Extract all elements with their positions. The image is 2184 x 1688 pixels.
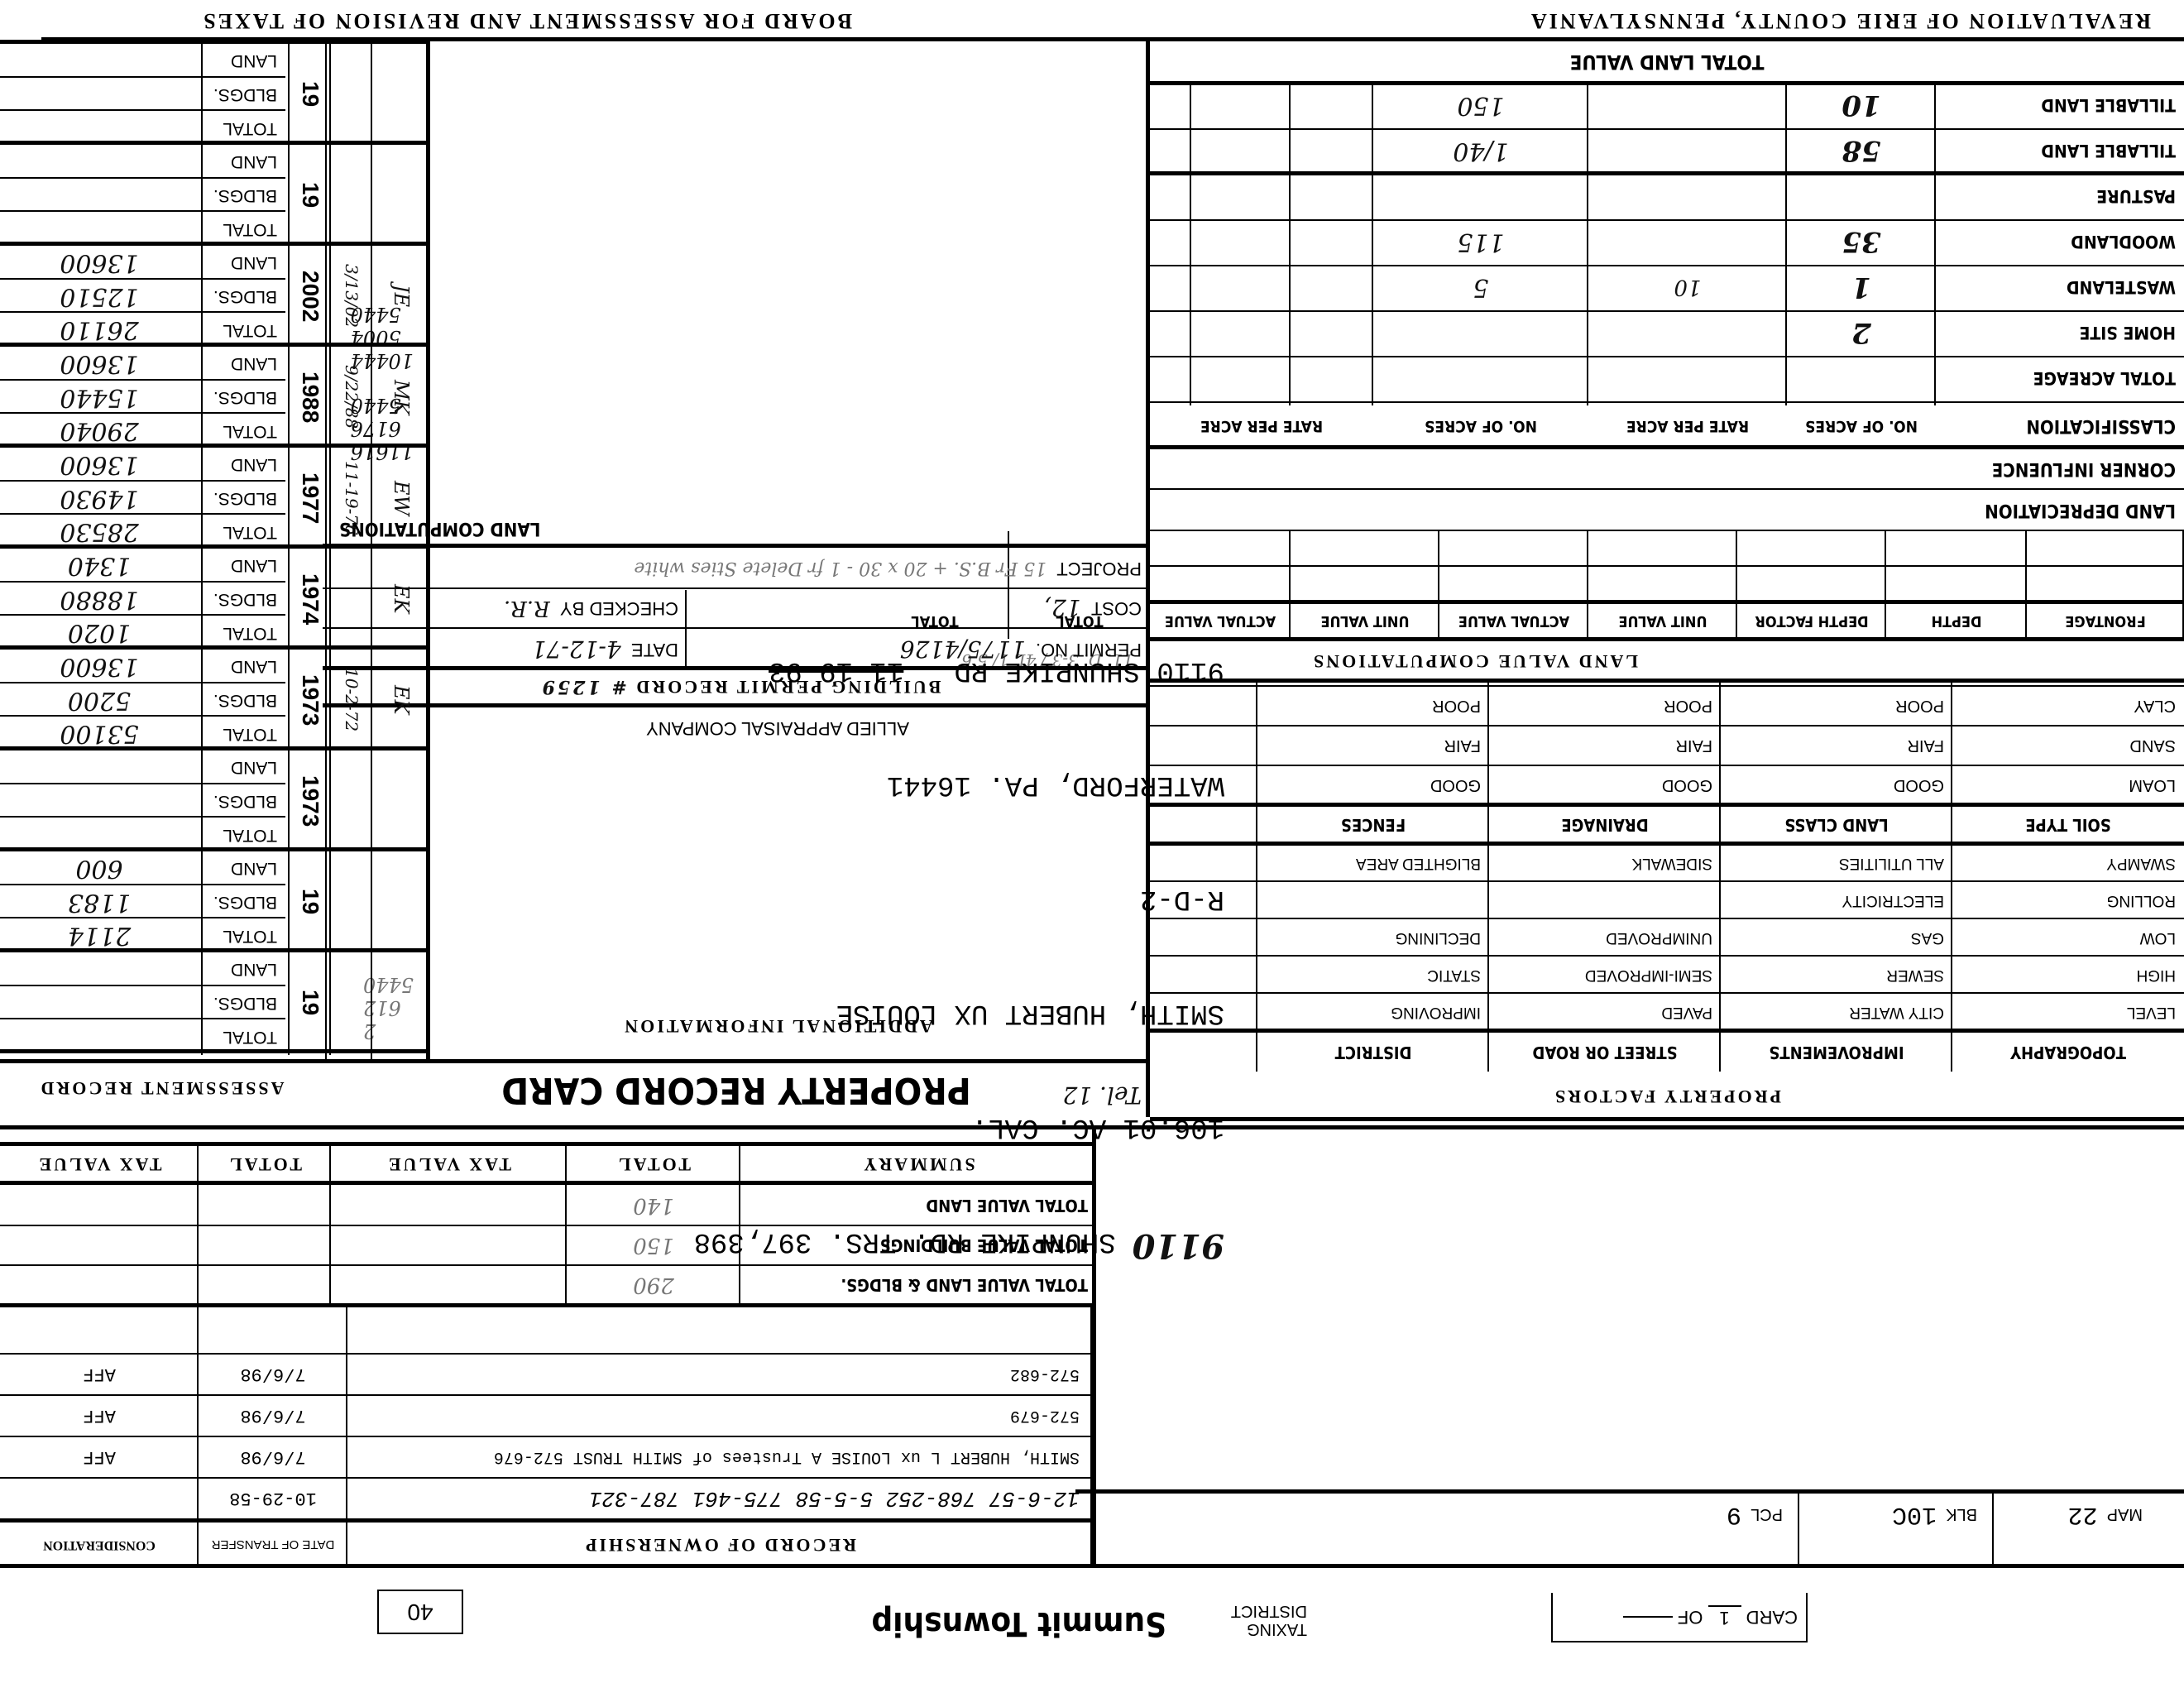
additional-information-title: ADDITIONAL INFORMATION xyxy=(488,1009,1067,1043)
land-row-acres: 2 xyxy=(1787,310,1936,356)
property-factor-cell[interactable]: HIGH xyxy=(1952,957,2184,993)
date-of-transfer-header: DATE OF TRANSFER xyxy=(199,1524,347,1566)
assessment-date: 11-19-76 xyxy=(331,448,372,549)
row-divider xyxy=(0,1353,1092,1355)
land-row-value: 115 xyxy=(1373,219,1588,265)
soil-cell[interactable]: CLAY xyxy=(1952,687,2184,725)
soil-cell[interactable]: POOR xyxy=(1324,687,1489,725)
assessment-date xyxy=(331,851,372,952)
column-divider xyxy=(346,1307,347,1568)
assessment-initials xyxy=(372,851,430,952)
assessment-land-label: LAND xyxy=(203,448,285,482)
row-divider xyxy=(0,917,285,918)
assessment-year: 1974 xyxy=(290,549,331,650)
summary-col-header: TOTAL xyxy=(567,1147,740,1182)
column-divider xyxy=(1092,1129,1096,1568)
assessment-total-label: TOTAL xyxy=(203,818,285,851)
land-row-acres: 10 xyxy=(1787,83,1936,128)
property-factor-cell[interactable]: BLIGHTED AREA xyxy=(1324,845,1489,881)
assessment-total-label: TOTAL xyxy=(203,212,285,246)
assessment-initials xyxy=(372,44,430,145)
property-factor-header: IMPROVEMENTS xyxy=(1721,1034,1952,1072)
summary-row-label: TOTAL VALUE LAND & BLDGS. xyxy=(740,1266,1096,1304)
assessment-year: 1977 xyxy=(290,448,331,549)
assessment-initials: EK xyxy=(372,549,430,650)
row-divider xyxy=(0,1303,1092,1307)
assessment-bldgs-label: BLDGS. xyxy=(203,583,285,616)
soil-cell[interactable]: FAIR xyxy=(1324,727,1489,765)
assessment-land-value xyxy=(0,750,199,784)
soil-cell[interactable]: POOR xyxy=(1787,687,1952,725)
summary-row-value: 140 xyxy=(567,1187,740,1225)
assessment-total-label: TOTAL xyxy=(203,313,285,347)
assessment-land-label: LAND xyxy=(203,650,285,683)
ownership-title: RECORD OF OWNERSHIP xyxy=(347,1524,1092,1566)
assessment-record-title: ASSESSMENT RECORD xyxy=(0,1067,323,1109)
house-number-handwritten: 9110 xyxy=(1133,1226,1224,1265)
row-divider xyxy=(0,379,285,381)
column-divider xyxy=(1487,844,1489,1072)
soil-cell[interactable]: GOOD xyxy=(1324,766,1489,804)
row-divider xyxy=(1150,171,2184,175)
assessment-total-label: TOTAL xyxy=(203,515,285,549)
assessment-bldgs-value: 12510 xyxy=(0,280,199,314)
property-factor-header: TOPOGRAPHY xyxy=(1952,1034,2184,1072)
assessment-bldgs-label: BLDGS. xyxy=(203,986,285,1020)
property-factor-cell[interactable] xyxy=(1324,882,1489,918)
assessment-year: 1973 xyxy=(290,650,331,750)
assessment-total-label: TOTAL xyxy=(203,717,285,750)
land-row-acres xyxy=(1787,174,1936,219)
land-row-rate xyxy=(1588,174,1787,219)
assessment-bldgs-value: 5200 xyxy=(0,683,199,717)
lvc-col-header: DEPTH FACTOR xyxy=(1737,604,1886,639)
lvc-col-header: DEPTH xyxy=(1886,604,2027,639)
assessment-bldgs-label: BLDGS. xyxy=(203,78,285,112)
assessment-bldgs-label: BLDGS. xyxy=(203,683,285,717)
assessment-land-label: LAND xyxy=(203,44,285,78)
assessment-bldgs-value: 14930 xyxy=(0,482,199,516)
ownership-row-consideration: AFF xyxy=(0,1437,199,1477)
summary-row-label: TOTAL VALUE BUILDINGS xyxy=(740,1226,1096,1264)
file-box-number: 40 xyxy=(377,1590,463,1634)
ownership-row-date: 10-29-58 xyxy=(199,1479,347,1518)
lvc-col-header: UNIT VALUE xyxy=(1291,604,1439,639)
assessment-initials: EK xyxy=(372,650,430,750)
column-divider xyxy=(1289,531,1291,639)
assessment-bldgs-label: BLDGS. xyxy=(203,885,285,919)
row-divider xyxy=(0,1436,1092,1437)
assessment-date xyxy=(331,750,372,851)
ownership-row-text: 12-6-57 768-252 5-5-58 775-461 787-321 xyxy=(352,1479,1088,1518)
row-divider xyxy=(0,109,285,111)
column-divider xyxy=(739,1146,740,1303)
assessment-year: 1988 xyxy=(290,347,331,448)
column-divider xyxy=(1785,83,1787,405)
property-factor-cell[interactable]: ALL UTILITIES xyxy=(1787,845,1952,881)
column-divider xyxy=(1372,83,1373,405)
soil-header: LAND CLASS xyxy=(1721,807,1952,844)
assessment-bldgs-label: BLDGS. xyxy=(203,784,285,818)
assessment-initials: EW xyxy=(372,448,430,549)
assessment-total-value: 2114 xyxy=(0,918,199,952)
ownership-row-text: SMITH, HUBERT L ux LOUISE A Trustees of … xyxy=(352,1437,1088,1477)
assessment-land-label: LAND xyxy=(203,952,285,986)
property-factor-cell[interactable]: PAVED xyxy=(1555,994,1721,1030)
revaluation-title: REVALUATION OF ERIE COUNTY, PENNSYLVANIA xyxy=(1529,8,2151,33)
column-divider xyxy=(1587,531,1588,639)
assessment-year: 2002 xyxy=(290,246,331,347)
soil-cell[interactable]: GOOD xyxy=(1787,766,1952,804)
soil-cell[interactable]: FAIR xyxy=(1787,727,1952,765)
acres-header-2: NO. OF ACRES xyxy=(1373,405,1588,447)
row-divider xyxy=(0,715,285,717)
land-row-label: TILLABLE LAND xyxy=(1936,83,2184,128)
row-divider xyxy=(0,682,285,683)
row-divider xyxy=(0,985,285,986)
land-row-value xyxy=(1373,174,1588,219)
row-divider xyxy=(1150,565,2184,567)
land-row-label: WASTELAND xyxy=(1936,265,2184,310)
column-divider xyxy=(1587,83,1588,405)
assessment-total-label: TOTAL xyxy=(203,111,285,145)
ownership-row-date: 7/6/98 xyxy=(199,1355,347,1394)
assessment-year: 19 xyxy=(290,145,331,246)
assessment-date: 10-2-72 xyxy=(331,650,372,750)
acres-header-1: NO. OF ACRES xyxy=(1787,405,1936,447)
row-divider xyxy=(0,513,285,515)
property-factor-cell[interactable]: UNIMPROVED xyxy=(1555,919,1721,956)
assessment-total-value xyxy=(0,111,199,145)
row-divider xyxy=(1150,725,2184,727)
assessment-initials xyxy=(372,952,430,1053)
column-divider xyxy=(197,1146,199,1303)
land-row-rate xyxy=(1588,128,1787,174)
row-divider xyxy=(1150,843,2184,845)
row-divider xyxy=(0,311,285,313)
column-divider xyxy=(1719,844,1721,1072)
assessment-initials xyxy=(372,145,430,246)
property-factor-cell[interactable]: SWAMPY xyxy=(1952,845,2184,881)
permit-number-field: PERMIT NO. 1175/4126 xyxy=(687,631,1150,669)
assessment-bldgs-label: BLDGS. xyxy=(203,482,285,516)
assessment-land-value: 13600 xyxy=(0,650,199,683)
property-factor-cell[interactable]: GAS xyxy=(1787,919,1952,956)
land-row-rate: 10 xyxy=(1588,265,1787,310)
column-divider xyxy=(1934,83,1936,405)
ownership-row-date: 7/6/98 xyxy=(199,1437,347,1477)
assessment-bldgs-value xyxy=(0,986,199,1020)
assessment-land-label: LAND xyxy=(203,851,285,885)
assessment-year: 19 xyxy=(290,44,331,145)
assessment-date xyxy=(331,952,372,1053)
classification-header: CLASSIFICATION xyxy=(1936,405,2184,447)
summary-col-header: TAX VALUE xyxy=(0,1147,199,1182)
land-row-rate xyxy=(1588,219,1787,265)
total-land-value-header: TOTAL LAND VALUE xyxy=(1150,41,2184,83)
column-divider xyxy=(1190,83,1191,405)
soil-header: SOIL TYPE xyxy=(1952,807,2184,844)
ownership-row-consideration: AFF xyxy=(0,1396,199,1436)
property-factor-cell[interactable]: STATIC xyxy=(1324,957,1489,993)
assessment-bldgs-value: 1183 xyxy=(0,885,199,919)
assessment-date xyxy=(331,549,372,650)
assessment-land-value xyxy=(0,145,199,179)
column-divider xyxy=(2025,531,2027,639)
land-depreciation: LAND DEPRECIATION xyxy=(1688,491,2184,530)
assessment-date xyxy=(331,145,372,246)
column-divider xyxy=(565,1146,567,1303)
soil-header: DRAINAGE xyxy=(1489,807,1721,844)
assessment-total-value xyxy=(0,212,199,246)
land-row-acres: 1 xyxy=(1787,265,1936,310)
assessment-total-label: TOTAL xyxy=(203,918,285,952)
assessment-total-value xyxy=(0,818,199,851)
land-row-value: 5 xyxy=(1373,265,1588,310)
assessment-total-label: TOTAL xyxy=(203,1019,285,1053)
summary-row-label: TOTAL VALUE LAND xyxy=(740,1187,1096,1225)
assessment-date: 3/13/02 xyxy=(331,246,372,347)
property-factor-cell[interactable]: DECLINING xyxy=(1324,919,1489,956)
row-divider xyxy=(0,480,285,482)
ownership-row-text: 572-682 xyxy=(352,1355,1088,1394)
lvc-col-header: FRONTAGE xyxy=(2027,604,2184,639)
land-row-value xyxy=(1373,356,1588,401)
assessment-land-label: LAND xyxy=(203,549,285,583)
row-divider xyxy=(0,177,285,179)
property-factors-title: PROPERTY FACTORS xyxy=(1150,1076,2184,1117)
property-factor-cell[interactable]: LEVEL xyxy=(1952,994,2184,1030)
column-divider xyxy=(1090,1307,1092,1568)
taxing-district-label: TAXING DISTRICT xyxy=(1191,1602,1307,1638)
soil-cell[interactable]: SAND xyxy=(1952,727,2184,765)
assessment-year: 1973 xyxy=(290,750,331,851)
land-row-value xyxy=(1373,310,1588,356)
assessment-bldgs-value xyxy=(0,78,199,112)
property-factor-header: STREET OR ROAD xyxy=(1489,1034,1721,1072)
property-factor-cell[interactable]: SIDEWALK xyxy=(1555,845,1721,881)
assessment-bldgs-label: BLDGS. xyxy=(203,381,285,415)
lvc-col-header: ACTUAL VALUE xyxy=(1439,604,1588,639)
route: R-D-2 xyxy=(1140,883,1224,914)
column-divider xyxy=(329,1146,331,1303)
land-row-acres: 58 xyxy=(1787,128,1936,174)
assessment-year: 19 xyxy=(290,952,331,1053)
assessment-total-value: 26110 xyxy=(0,313,199,347)
consideration-header: CONSIDERATION xyxy=(0,1524,199,1566)
assessment-land-value xyxy=(0,44,199,78)
property-factor-cell[interactable]: IMPROVING xyxy=(1324,994,1489,1030)
land-row-label: WOODLAND xyxy=(1936,219,2184,265)
land-row-value: 1/40 xyxy=(1373,128,1588,174)
land-value-computations-title: LAND VALUE COMPUTATIONS xyxy=(1150,643,1646,680)
column-divider xyxy=(1951,844,1952,1072)
property-factor-cell[interactable]: SEMI-IMPROVED xyxy=(1555,957,1721,993)
assessment-bldgs-label: BLDGS. xyxy=(203,280,285,314)
column-divider xyxy=(1885,531,1886,639)
assessment-bldgs-value xyxy=(0,179,199,213)
initials-handwritten: Tel. 12 xyxy=(1063,1081,1142,1109)
column-divider xyxy=(1487,683,1489,844)
assessment-total-value: 53100 xyxy=(0,717,199,750)
land-row-rate xyxy=(1588,310,1787,356)
assessment-initials: MK xyxy=(372,347,430,448)
assessment-land-label: LAND xyxy=(203,145,285,179)
block-field: BLK 10C xyxy=(1803,1498,1985,1531)
land-row-label: TILLABLE LAND xyxy=(1936,128,2184,174)
soil-cell[interactable]: GOOD xyxy=(1555,766,1721,804)
map-field: MAP 22 xyxy=(1994,1498,2151,1531)
assessment-bldgs-value: 15440 xyxy=(0,381,199,415)
land-row-label: TOTAL ACREAGE xyxy=(1936,356,2184,401)
soil-cell[interactable]: POOR xyxy=(1555,687,1721,725)
assessment-land-value: 600 xyxy=(0,851,199,885)
property-record-card: REVALUATION OF ERIE COUNTY, PENNSYLVANIA… xyxy=(0,0,2184,1688)
summary-title: SUMMARY xyxy=(740,1147,1096,1182)
row-divider xyxy=(0,412,285,414)
permit-cost-field: COST 12, xyxy=(687,589,1150,627)
column-divider xyxy=(1951,683,1952,844)
assessment-land-label: LAND xyxy=(203,347,285,381)
land-row-rate xyxy=(1588,83,1787,128)
land-row-acres xyxy=(1787,356,1936,401)
row-divider xyxy=(0,816,285,818)
assessment-total-value: 29040 xyxy=(0,414,199,448)
row-divider xyxy=(0,1018,285,1019)
summary-row-value: 290 xyxy=(567,1266,740,1304)
assessment-date: 9/22/88 xyxy=(331,347,372,448)
assessment-total-label: TOTAL xyxy=(203,616,285,650)
row-divider xyxy=(0,1394,1092,1396)
summary-col-header: TOTAL xyxy=(199,1147,331,1182)
property-factor-cell[interactable] xyxy=(1555,882,1721,918)
property-factor-cell[interactable]: LOW xyxy=(1952,919,2184,956)
column-divider xyxy=(1256,683,1257,844)
assessment-land-label: LAND xyxy=(203,246,285,280)
project-field: PROJECT 15 Fr B.S. + 20 x 30 - 1 fr Dele… xyxy=(331,549,1150,587)
row-divider xyxy=(0,278,285,280)
row-divider xyxy=(0,1181,1096,1185)
column-divider xyxy=(1719,683,1721,844)
allied-appraisal: ALLIED APPRAISAL COMPANY xyxy=(488,712,1067,745)
row-divider xyxy=(0,783,285,784)
row-divider xyxy=(0,614,285,616)
card-number-box: CARD 1 OF xyxy=(1551,1593,1808,1642)
property-factor-cell[interactable]: SEWER xyxy=(1787,957,1952,993)
summary-row-value: 150 xyxy=(567,1226,740,1264)
rate-header-1: RATE PER ACRE xyxy=(1588,405,1787,447)
soil-cell[interactable]: LOAM xyxy=(1952,766,2184,804)
assessment-bldgs-value xyxy=(0,784,199,818)
assessment-bldgs-value: 18880 xyxy=(0,583,199,616)
soil-cell[interactable]: FAIR xyxy=(1555,727,1721,765)
soil-header: FENCES xyxy=(1257,807,1489,844)
ownership-row-date: 7/6/98 xyxy=(199,1396,347,1436)
land-row-label: HOME SITE xyxy=(1936,310,2184,356)
assessment-land-value: 1340 xyxy=(0,549,199,583)
taxing-district: Summit Township xyxy=(871,1604,1166,1642)
property-factor-cell[interactable]: ELECTRICITY xyxy=(1787,882,1952,918)
assessment-land-label: LAND xyxy=(203,750,285,784)
row-divider xyxy=(0,76,285,78)
ownership-row-text: 572-679 xyxy=(352,1396,1088,1436)
rate-header-2: RATE PER ACRE xyxy=(1150,405,1373,447)
column-divider xyxy=(1438,531,1439,639)
ownership-row-consideration xyxy=(0,1479,199,1518)
assessment-bldgs-label: BLDGS. xyxy=(203,179,285,213)
column-divider xyxy=(1289,83,1291,405)
row-divider xyxy=(0,581,285,583)
land-row-label: PASTURE xyxy=(1936,174,2184,219)
column-divider xyxy=(1256,844,1257,1072)
assessment-initials: JE xyxy=(372,246,430,347)
row-divider xyxy=(0,210,285,212)
land-row-acres: 35 xyxy=(1787,219,1936,265)
assessment-year: 19 xyxy=(290,851,331,952)
property-factor-cell[interactable]: CITY WATER xyxy=(1787,994,1952,1030)
land-row-rate xyxy=(1588,356,1787,401)
assessment-initials xyxy=(372,750,430,851)
property-record-card-title: PROPERTY RECORD CARD xyxy=(447,1063,1026,1117)
parcel-field: PCL 9 xyxy=(1460,1498,1791,1531)
row-divider xyxy=(0,1142,1096,1146)
assessment-date xyxy=(331,44,372,145)
property-factor-header: DISTRICT xyxy=(1257,1034,1489,1072)
land-row-value: 150 xyxy=(1373,83,1588,128)
row-divider xyxy=(0,884,285,885)
column-divider xyxy=(197,1307,199,1568)
building-permit-title: BUILDING PERMIT RECORD # 1259 xyxy=(331,670,1150,703)
lvc-col-header: UNIT VALUE xyxy=(1588,604,1737,639)
corner-influence: CORNER INFLUENCE xyxy=(1688,449,2184,488)
summary-col-header: TAX VALUE xyxy=(331,1147,567,1182)
row-divider xyxy=(0,1477,1092,1479)
assessment-total-value: 28530 xyxy=(0,515,199,549)
assessment-land-value: 13600 xyxy=(0,448,199,482)
property-factor-cell[interactable]: ROLLING xyxy=(1952,882,2184,918)
row-divider xyxy=(0,1518,1092,1523)
assessment-total-label: TOTAL xyxy=(203,414,285,448)
assessment-land-value xyxy=(0,952,199,986)
row-divider xyxy=(1150,765,2184,766)
row-divider xyxy=(1150,401,2184,403)
assessment-land-value: 13600 xyxy=(0,347,199,381)
board-title: BOARD FOR ASSESSMENT AND REVISION OF TAX… xyxy=(201,8,852,33)
city-state-zip: WATERFORD, PA. 16441 xyxy=(887,769,1224,800)
column-divider xyxy=(1736,531,1737,639)
assessment-total-value xyxy=(0,1019,199,1053)
row-divider xyxy=(0,40,430,44)
assessment-land-value: 13600 xyxy=(0,246,199,280)
row-divider xyxy=(1150,685,2184,687)
ownership-row-consideration: AFF xyxy=(0,1355,199,1394)
assessment-total-value: 1020 xyxy=(0,616,199,650)
